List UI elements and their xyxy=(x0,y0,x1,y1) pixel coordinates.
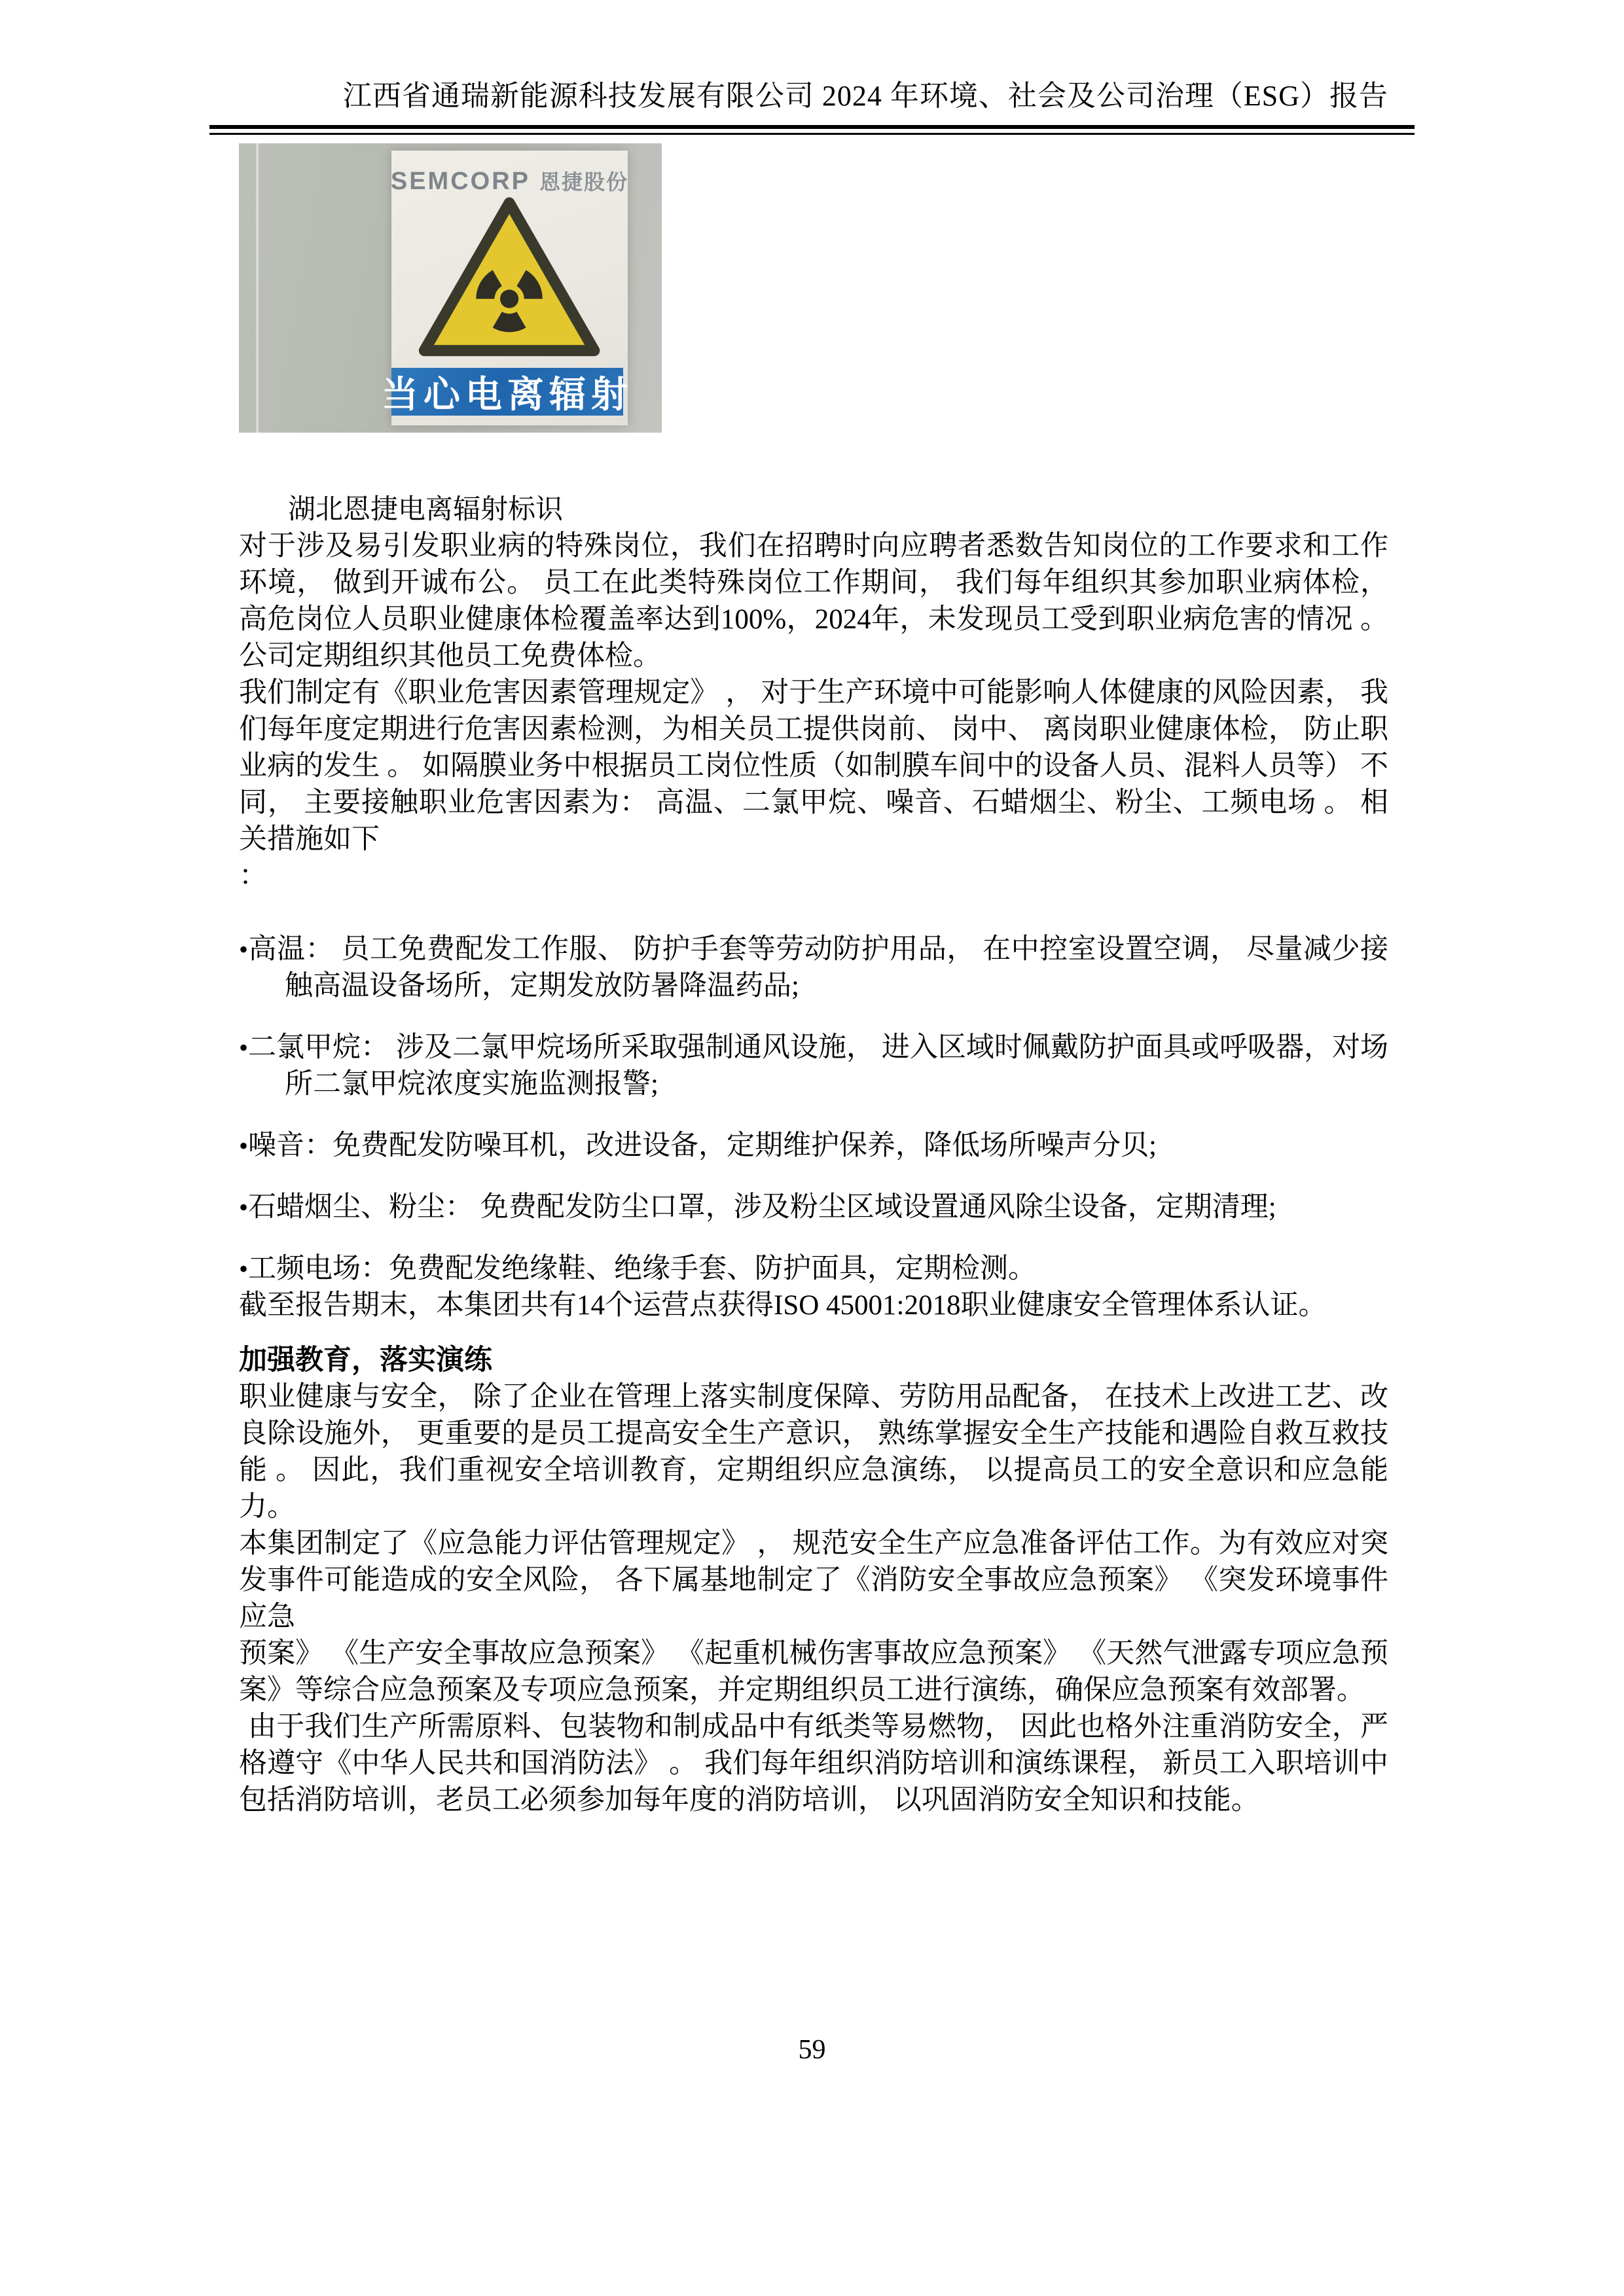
bullet-icon: • xyxy=(239,1131,248,1160)
list-item-noise: •噪音：免费配发防噪耳机，改进设备，定期维护保养，降低场所噪声分贝; xyxy=(239,1128,1388,1164)
list-item-text: 石蜡烟尘、粉尘： 免费配发防尘口罩，涉及粉尘区域设置通风除尘设备，定期清理; xyxy=(248,1192,1276,1223)
paragraph-safety-awareness: 职业健康与安全， 除了企业在管理上落实制度保障、劳防用品配备， 在技术上改进工艺… xyxy=(239,1379,1388,1526)
list-item-text: 噪音：免费配发防噪耳机，改进设备，定期维护保养，降低场所噪声分贝; xyxy=(248,1130,1157,1161)
radiation-warning-icon xyxy=(417,192,602,362)
hazard-measures-list: •高温： 员工免费配发工作服、 防护手套等劳动防护用品， 在中控室设置空调， 尽… xyxy=(239,931,1388,1287)
list-item-dichloromethane: •二氯甲烷： 涉及二氯甲烷场所采取强制通风设施， 进入区域时佩戴防护面具或呼吸器… xyxy=(239,1030,1388,1103)
radiation-sign-photo: SEMCORP 恩捷股份 当心电离辐射 xyxy=(239,143,662,433)
paragraph-emergency-assessment: 本集团制定了《应急能力评估管理规定》 ， 规范安全生产应急准备评估工作。为有效应… xyxy=(239,1526,1388,1636)
bullet-icon: • xyxy=(239,1193,248,1222)
figure-radiation-sign: SEMCORP 恩捷股份 当心电离辐射 湖北恩捷电离辐射标识 xyxy=(239,143,1388,528)
list-item-paraffin-dust: •石蜡烟尘、粉尘： 免费配发防尘口罩，涉及粉尘区域设置通风除尘设备，定期清理; xyxy=(239,1189,1388,1226)
list-item-text: 高温： 员工免费配发工作服、 防护手套等劳动防护用品， 在中控室设置空调， 尽量… xyxy=(248,934,1388,1001)
page-number: 59 xyxy=(0,2034,1624,2066)
header-title: 江西省通瑞新能源科技发展有限公司 2024 年环境、社会及公司治理（ESG）报告 xyxy=(239,0,1388,115)
bullet-icon: • xyxy=(239,1254,248,1283)
sign-label-band: 当心电离辐射 xyxy=(391,368,624,416)
list-item-high-temperature: •高温： 员工免费配发工作服、 防护手套等劳动防护用品， 在中控室设置空调， 尽… xyxy=(239,931,1388,1005)
paragraph-emergency-plans: 预案》 《生产安全事故应急预案》 《起重机械伤害事故应急预案》 《天然气泄露专项… xyxy=(239,1636,1388,1709)
bullet-icon: • xyxy=(239,935,248,964)
body-text: 对于涉及易引发职业病的特殊岗位，我们在招聘时向应聘者悉数告知岗位的工作要求和工作… xyxy=(239,528,1388,1819)
paragraph-hazard-regulation: 我们制定有《职业危害因素管理规定》 ， 对于生产环境中可能影响人体健康的风险因素… xyxy=(239,675,1388,858)
page-content: 江西省通瑞新能源科技发展有限公司 2024 年环境、社会及公司治理（ESG）报告… xyxy=(239,0,1388,1819)
bullet-icon: • xyxy=(239,1033,248,1062)
document-page: 江西省通瑞新能源科技发展有限公司 2024 年环境、社会及公司治理（ESG）报告… xyxy=(0,0,1624,2296)
wall-edge xyxy=(256,143,259,433)
paragraph-fire-safety: 由于我们生产所需原料、包装物和制成品中有纸类等易燃物， 因此也格外注重消防安全，… xyxy=(239,1709,1388,1819)
colon-line: ： xyxy=(239,858,1388,895)
warning-sign-panel: SEMCORP 恩捷股份 当心电离辐射 xyxy=(391,151,628,425)
paragraph-iso-certification: 截至报告期末，本集团共有14个运营点获得ISO 45001:2018职业健康安全… xyxy=(239,1287,1388,1324)
paragraph-special-posts: 对于涉及易引发职业病的特殊岗位，我们在招聘时向应聘者悉数告知岗位的工作要求和工作… xyxy=(239,528,1388,675)
figure-caption: 湖北恩捷电离辐射标识 xyxy=(288,492,1388,528)
header-rule xyxy=(209,125,1415,135)
list-item-text: 工频电场：免费配发绝缘鞋、绝缘手套、防护面具，定期检测。 xyxy=(248,1253,1036,1284)
section-heading-education-drills: 加强教育，落实演练 xyxy=(239,1342,1388,1379)
list-item-power-frequency-field: •工频电场：免费配发绝缘鞋、绝缘手套、防护面具，定期检测。 xyxy=(239,1251,1388,1287)
list-item-text: 二氯甲烷： 涉及二氯甲烷场所采取强制通风设施， 进入区域时佩戴防护面具或呼吸器，… xyxy=(248,1032,1388,1100)
